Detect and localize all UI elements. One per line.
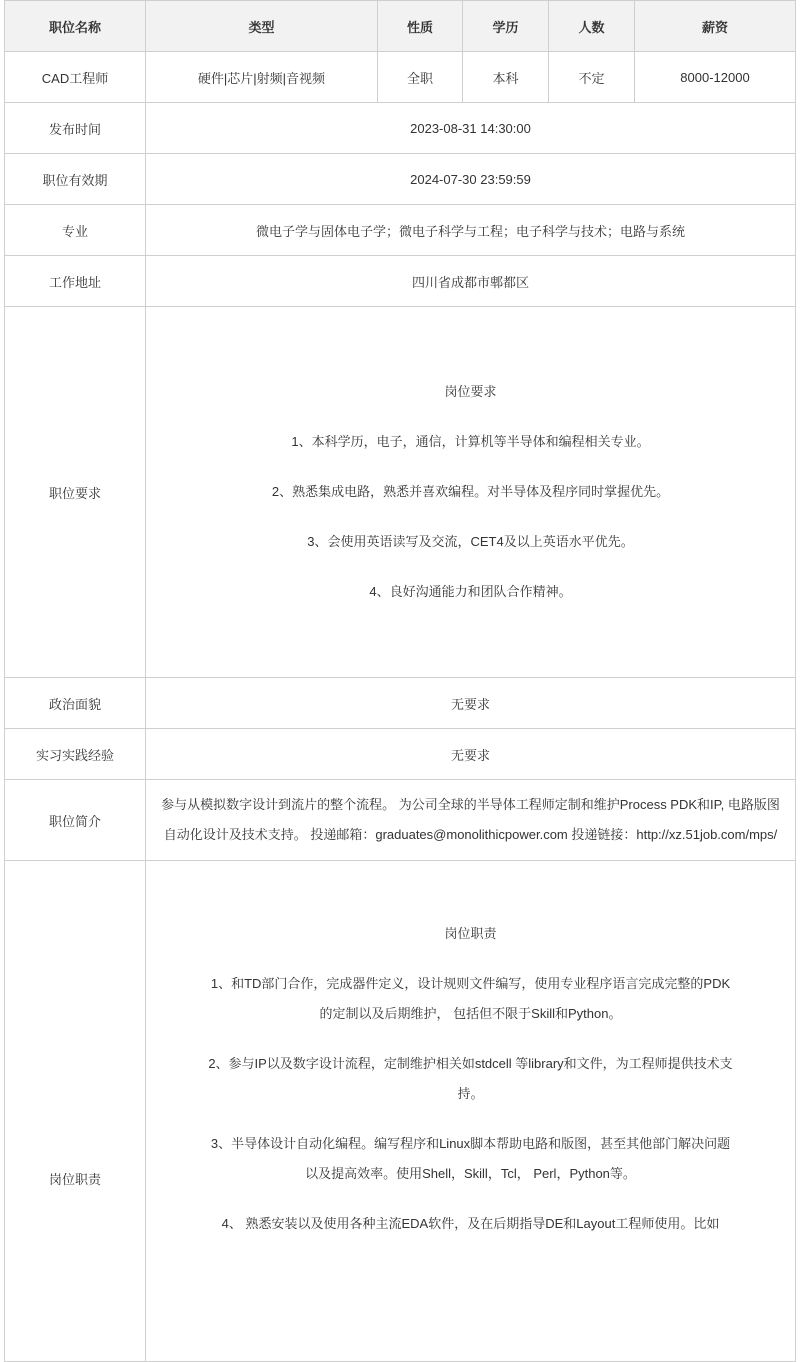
duty-item-line: 2、参与IP以及数字设计流程，定制维护相关如stdcell 等library和文…: [146, 1049, 795, 1079]
requirement-item: 2、熟悉集成电路，熟悉并喜欢编程。对半导体及程序同时掌握优先。: [146, 477, 795, 507]
duty-item-line: 3、半导体设计自动化编程。编写程序和Linux脚本帮助电路和版图，甚至其他部门解…: [146, 1129, 795, 1159]
header-education: 学历: [463, 1, 549, 52]
intro-label: 职位简介: [5, 780, 146, 861]
valid-until-row: 职位有效期 2024-07-30 23:59:59: [5, 154, 796, 205]
political-row: 政治面貌 无要求: [5, 678, 796, 729]
political-label: 政治面貌: [5, 678, 146, 729]
requirements-content: 岗位要求 1、本科学历，电子，通信，计算机等半导体和编程相关专业。 2、熟悉集成…: [146, 307, 796, 678]
duties-label-cell: 岗位职责: [5, 861, 146, 1249]
header-row: 职位名称 类型 性质 学历 人数 薪资: [5, 1, 796, 52]
job-detail-table: 职位名称 类型 性质 学历 人数 薪资 CAD工程师 硬件|芯片|射频|音视频 …: [4, 0, 796, 1248]
location-value: 四川省成都市郫都区: [146, 256, 796, 307]
requirement-item: 4、良好沟通能力和团队合作精神。: [146, 577, 795, 607]
header-nature: 性质: [378, 1, 463, 52]
requirements-heading: 岗位要求: [146, 377, 795, 407]
header-salary: 薪资: [635, 1, 796, 52]
job-title: CAD工程师: [5, 52, 146, 103]
duty-item-line: 4、 熟悉安装以及使用各种主流EDA软件，及在后期指导DE和Layout工程师使…: [146, 1209, 795, 1239]
valid-until-label: 职位有效期: [5, 154, 146, 205]
intro-row: 职位简介 参与从模拟数字设计到流片的整个流程。 为公司全球的半导体工程师定制和维…: [5, 780, 796, 861]
job-salary: 8000-12000: [635, 52, 796, 103]
duties-heading: 岗位职责: [146, 919, 795, 949]
publish-time-value: 2023-08-31 14:30:00: [146, 103, 796, 154]
header-title: 职位名称: [5, 1, 146, 52]
header-category: 类型: [146, 1, 378, 52]
duty-item-line: 以及提高效率。使用Shell，Skill，Tcl， Perl，Python等。: [146, 1159, 795, 1189]
job-nature: 全职: [378, 52, 463, 103]
job-summary-row: CAD工程师 硬件|芯片|射频|音视频 全职 本科 不定 8000-12000: [5, 52, 796, 103]
duties-row: 岗位职责 岗位职责 1、和TD部门合作，完成器件定义，设计规则文件编写，使用专业…: [5, 861, 796, 1249]
requirement-item: 3、会使用英语读写及交流，CET4及以上英语水平优先。: [146, 527, 795, 557]
requirement-item: 1、本科学历，电子，通信，计算机等半导体和编程相关专业。: [146, 427, 795, 457]
requirements-label: 职位要求: [5, 307, 146, 678]
intro-line: 自动化设计及技术支持。 投递邮箱：graduates@monolithicpow…: [146, 820, 795, 850]
intro-line: 参与从模拟数字设计到流片的整个流程。 为公司全球的半导体工程师定制和维护Proc…: [146, 790, 795, 820]
publish-time-label: 发布时间: [5, 103, 146, 154]
header-headcount: 人数: [549, 1, 635, 52]
duty-item-line: 1、和TD部门合作，完成器件定义，设计规则文件编写，使用专业程序语言完成完整的P…: [146, 969, 795, 999]
major-label: 专业: [5, 205, 146, 256]
major-row: 专业 微电子学与固体电子学；微电子科学与工程；电子科学与技术；电路与系统: [5, 205, 796, 256]
duty-item-line: 持。: [146, 1079, 795, 1109]
duties-label: 岗位职责: [5, 861, 145, 1188]
internship-value: 无要求: [146, 729, 796, 780]
requirements-row: 职位要求 岗位要求 1、本科学历，电子，通信，计算机等半导体和编程相关专业。 2…: [5, 307, 796, 678]
job-headcount: 不定: [549, 52, 635, 103]
job-category: 硬件|芯片|射频|音视频: [146, 52, 378, 103]
publish-time-row: 发布时间 2023-08-31 14:30:00: [5, 103, 796, 154]
major-value: 微电子学与固体电子学；微电子科学与工程；电子科学与技术；电路与系统: [146, 205, 796, 256]
valid-until-value: 2024-07-30 23:59:59: [146, 154, 796, 205]
job-education: 本科: [463, 52, 549, 103]
location-row: 工作地址 四川省成都市郫都区: [5, 256, 796, 307]
duty-item-line: 的定制以及后期维护， 包括但不限于Skill和Python。: [146, 999, 795, 1029]
internship-row: 实习实践经验 无要求: [5, 729, 796, 780]
location-label: 工作地址: [5, 256, 146, 307]
political-value: 无要求: [146, 678, 796, 729]
duties-content: 岗位职责 1、和TD部门合作，完成器件定义，设计规则文件编写，使用专业程序语言完…: [146, 861, 796, 1249]
internship-label: 实习实践经验: [5, 729, 146, 780]
intro-content: 参与从模拟数字设计到流片的整个流程。 为公司全球的半导体工程师定制和维护Proc…: [146, 780, 796, 861]
